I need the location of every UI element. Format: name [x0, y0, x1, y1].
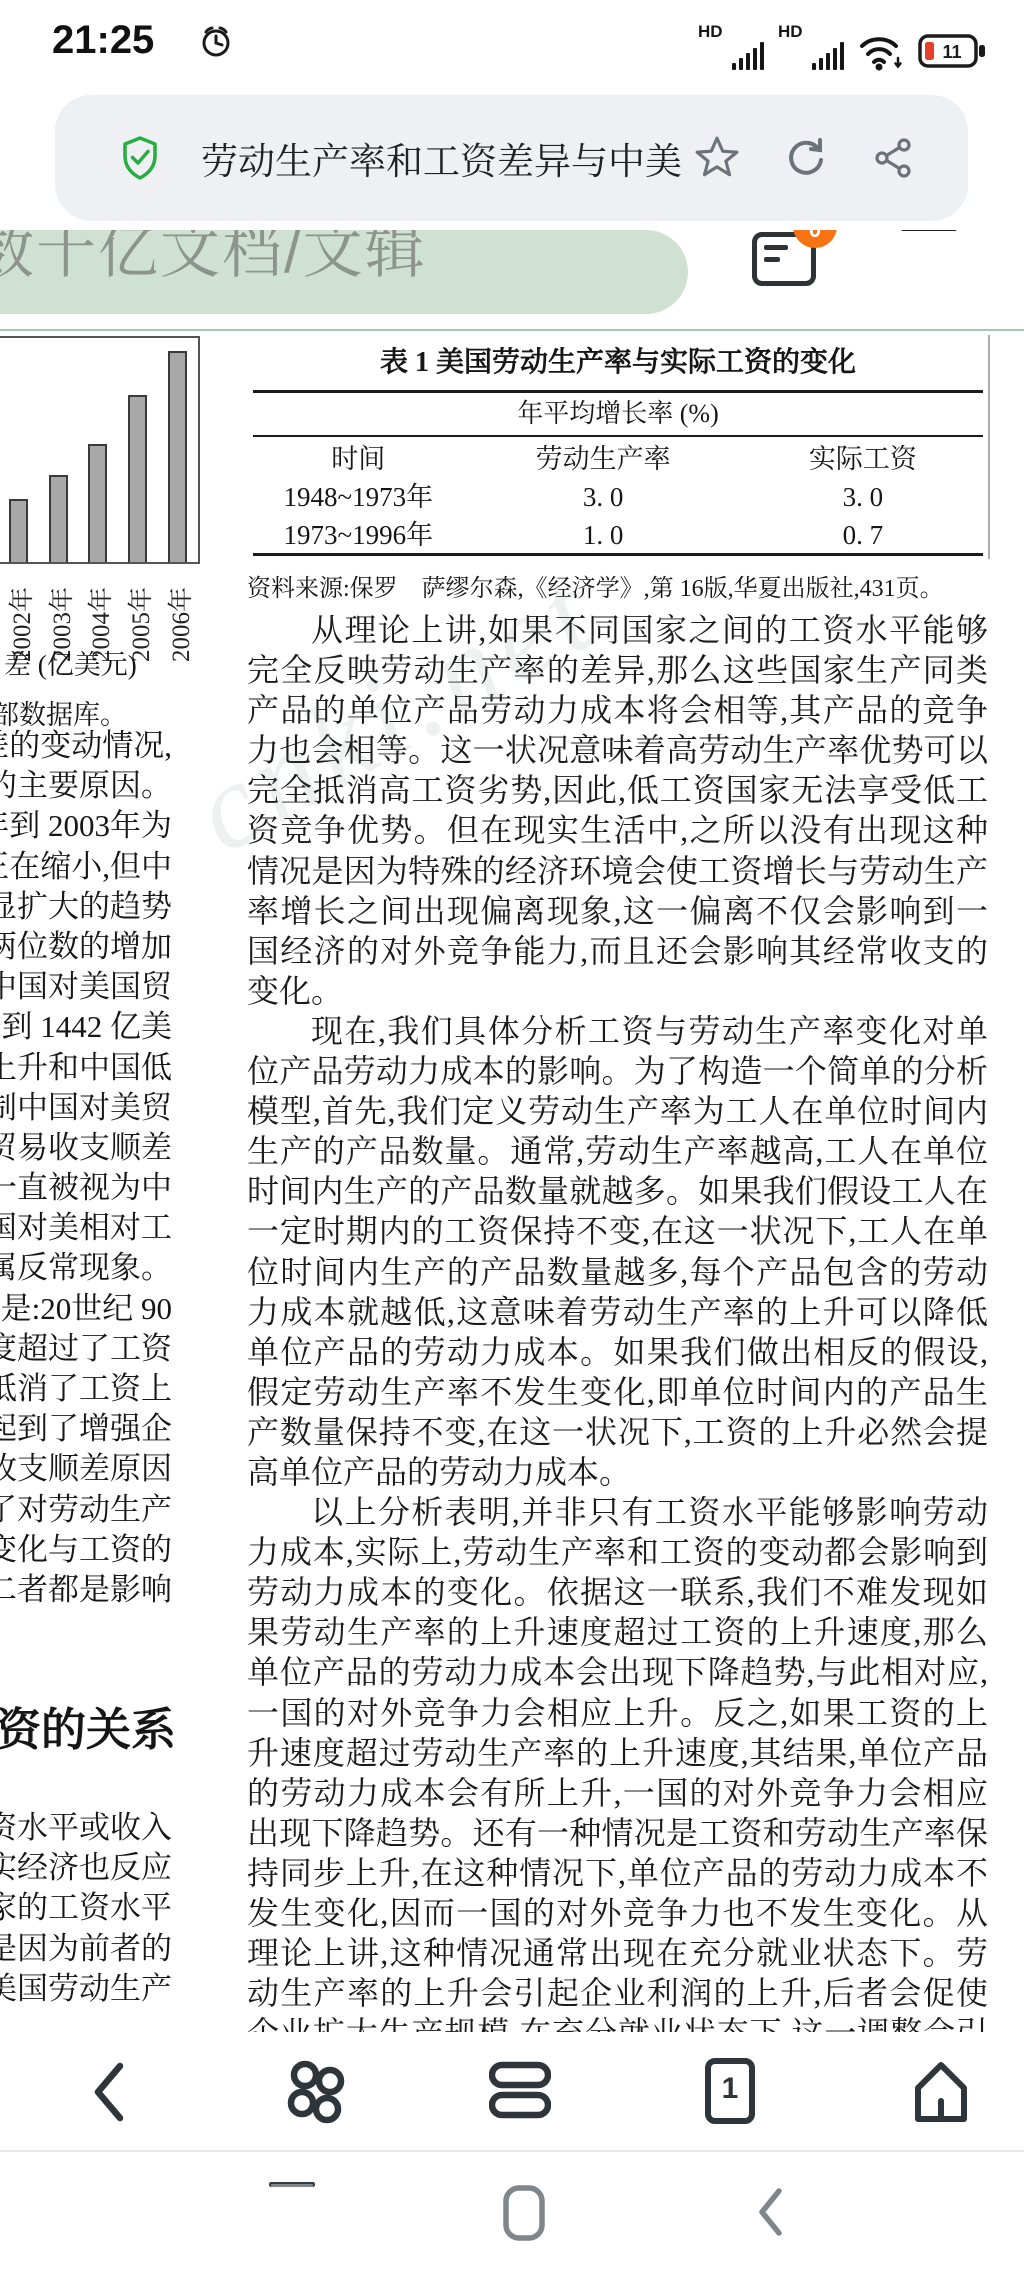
left-line: 中,工资水平或收入 [0, 1808, 172, 1848]
left-line: 到抑制中国对美贸 [0, 1088, 172, 1128]
table-header-row: 时间 劳动生产率 实际工资 [247, 437, 989, 477]
table-cell: 0. 7 [737, 515, 989, 553]
left-line: 看,中国对美相对工 [0, 1208, 172, 1248]
left-line: 持了两位数的增加 [0, 927, 172, 967]
tools-clover-icon[interactable] [285, 2060, 347, 2124]
left-line: 期间,中国对美国贸 [0, 967, 172, 1007]
table-unit-header: 年平均增长率 (%) [247, 393, 989, 435]
left-column-text: 支顺差的变动情况, 现顺差的主要原因。 1994年到 2003年为 优势正在缩小… [0, 726, 172, 1610]
hd-signal-icon: HD [778, 22, 844, 72]
paragraph: 现在,我们具体分析工资与劳动生产率变化对单位产品劳动力成本的影响。为了构造一个简… [247, 1011, 988, 1492]
left-line: 模上升到 1442 亿美 [0, 1007, 172, 1047]
chart-bar [128, 395, 147, 562]
bookmark-star-icon[interactable] [694, 135, 740, 181]
back-chevron-icon[interactable] [755, 2187, 783, 2237]
column-header: 实际工资 [737, 437, 989, 477]
left-line: 优势正在缩小,但中 [0, 847, 172, 887]
left-line: 低。现实经济也反应 [0, 1848, 172, 1888]
wifi-icon [858, 32, 904, 72]
tab-count-label: 1 [705, 2072, 755, 2106]
paragraph: 从理论上讲,如果不同国家之间的工资水平能够完全反映劳动生产率的差异,那么这些国家… [247, 610, 988, 1011]
alarm-icon [198, 24, 234, 60]
left-line: 的飞速上升和中国低 [0, 1048, 172, 1088]
left-line: 映了美国劳动生产 [0, 1969, 172, 2009]
left-line: 影响贸易收支顺差 [0, 1128, 172, 1168]
chart-bar [9, 499, 28, 562]
home-icon[interactable] [912, 2060, 970, 2124]
left-line: 现顺差的主要原因。 [0, 766, 172, 806]
section-heading-fragment: 资的关系 [0, 1693, 176, 1758]
browser-toolbar: 1 [0, 2032, 1024, 2150]
table-row: 1973~1996年 1. 0 0. 7 [247, 515, 989, 553]
tab-counter[interactable]: 1 [705, 2058, 755, 2124]
battery-icon: 11 [918, 32, 988, 72]
left-line: 而且还起到了增强企 [0, 1409, 172, 1449]
system-nav-bar [0, 2152, 1024, 2275]
status-bar: 21:25 HD HD [0, 0, 1024, 92]
table-cell: 1973~1996年 [247, 515, 470, 553]
hd-signal-icon: HD [698, 22, 764, 72]
left-line: 上升速度超过了工资 [0, 1329, 172, 1369]
left-column-text: 中,工资水平或收入 低。现实经济也反应 发达国家的工资水平 资水平是因为前者的 … [0, 1808, 172, 2009]
trade-surplus-bar-chart [0, 336, 200, 564]
left-line: 资水平是因为前者的 [0, 1929, 172, 1969]
left-line: 支顺差的变动情况, [0, 726, 172, 766]
left-line: 贸易收支顺差原因 [0, 1449, 172, 1489]
svg-text:11: 11 [942, 42, 961, 62]
site-banner-text: 数十亿文档/文辑 [0, 230, 688, 290]
x-tick-label: 2006年 [161, 587, 197, 662]
left-line: 发达国家的工资水平 [0, 1888, 172, 1928]
document-scroll-area[interactable]: 2002年 2003年 2004年 2005年 2006年 差 (亿美元) 部数… [0, 331, 1024, 2032]
site-banner-row: 数十亿文档/文辑 0 [0, 230, 1024, 329]
home-pill-icon[interactable] [503, 2185, 545, 2241]
share-icon[interactable] [872, 136, 916, 180]
table-cell: 3. 0 [737, 477, 989, 515]
article-body: 从理论上讲,如果不同国家之间的工资水平能够完全反映劳动生产率的差异,那么这些国家… [247, 610, 988, 2032]
back-icon[interactable] [88, 2060, 126, 2124]
security-shield-icon[interactable] [117, 135, 163, 181]
column-header: 时间 [247, 437, 470, 477]
left-line: 是因为二者都是影响 [0, 1570, 172, 1610]
left-line: 的解释是:20世纪 90 [0, 1289, 172, 1329]
hd-label: HD [778, 22, 803, 42]
chart-bar [88, 444, 107, 562]
table-source-note: 资料来源:保罗 萨缪尔森,《经济学》,第 16版,华夏出版社,431页。 [247, 568, 989, 603]
chart-bar [49, 475, 68, 562]
table-row: 1948~1973年 3. 0 3. 0 [247, 477, 989, 515]
address-bar[interactable]: 劳动生产率和工资差异与中美 [55, 95, 968, 221]
figure-caption-fragment: 差 (亿美元) [4, 643, 137, 682]
left-line: 率的变化与工资的 [0, 1530, 172, 1570]
clock-time: 21:25 [52, 18, 154, 63]
left-line: 出明显扩大的趋势 [0, 887, 172, 927]
productivity-wage-table: 表 1 美国劳动生产率与实际工资的变化 年平均增长率 (%) 时间 劳动生产率 … [247, 340, 989, 603]
phone-screen: 21:25 HD HD [0, 0, 1024, 2275]
column-header: 劳动生产率 [470, 437, 737, 477]
page-title[interactable]: 劳动生产率和工资差异与中美 [201, 131, 694, 185]
site-banner: 数十亿文档/文辑 [0, 230, 688, 314]
table-rule [253, 553, 983, 556]
hd-label: HD [698, 22, 723, 42]
status-icons: HD HD [698, 22, 988, 72]
paragraph: 以上分析表明,并非只有工资水平能够影响劳动力成本,实际上,劳动生产率和工资的变动… [247, 1492, 988, 2032]
table-cell: 1948~1973年 [247, 477, 470, 515]
left-line: 升不仅抵消了工资上 [0, 1369, 172, 1409]
left-line: 实属反常现象。 [0, 1248, 172, 1288]
stacked-windows-icon[interactable] [489, 2060, 551, 2122]
left-line: 远超过了对劳动生产 [0, 1490, 172, 1530]
table-cell: 1. 0 [470, 515, 737, 553]
refresh-icon[interactable] [784, 136, 828, 180]
table-cell: 3. 0 [470, 477, 737, 515]
chart-bar [168, 351, 187, 562]
left-line: 1994年到 2003年为 [0, 806, 172, 846]
left-line: 势一直被视为中 [0, 1168, 172, 1208]
table-title: 表 1 美国劳动生产率与实际工资的变化 [247, 340, 989, 390]
